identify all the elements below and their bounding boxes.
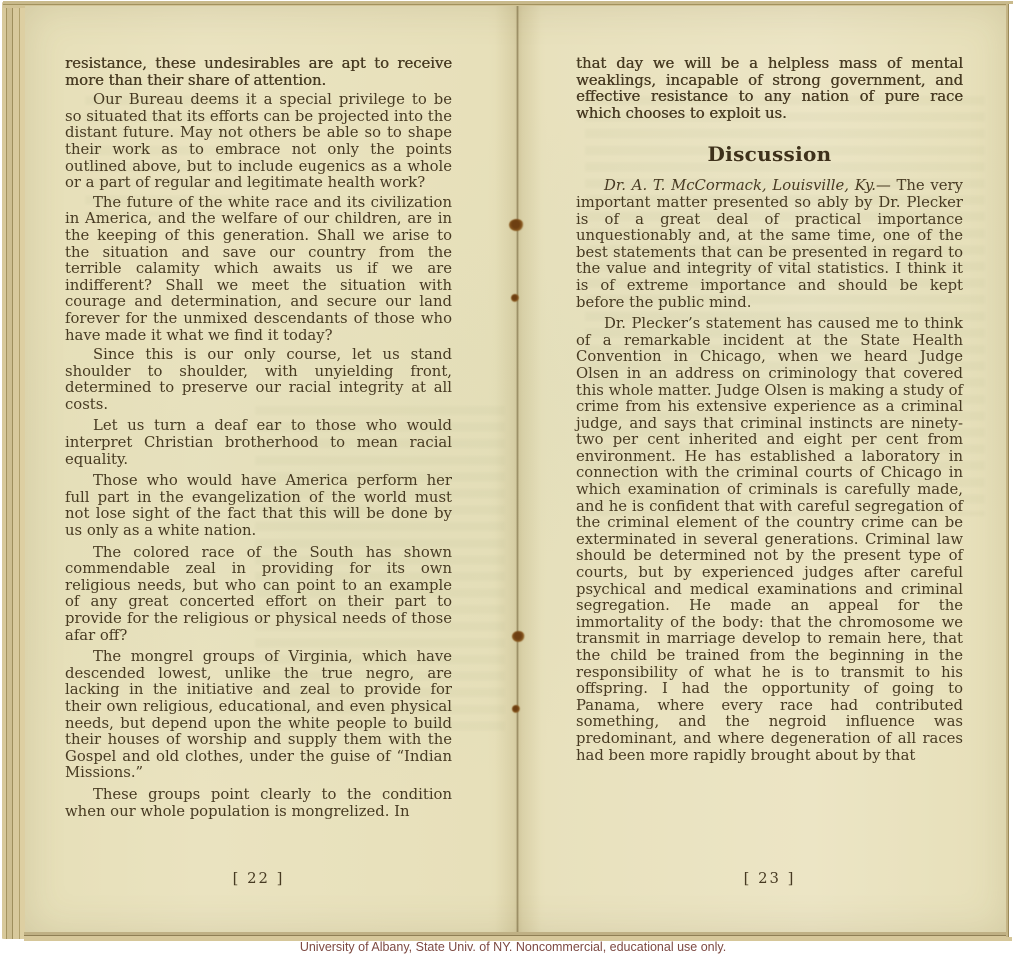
page-number: [ 23 ]: [576, 870, 963, 887]
page-number: [ 22 ]: [65, 870, 452, 887]
page-edge-left: [0, 2, 27, 939]
paragraph: Let us turn a deaf ear to those who woul…: [65, 418, 452, 468]
speaker-remarks: The very important matter presented so a…: [576, 177, 963, 310]
page-23-text-column: that day we will be a helpless mass of m…: [576, 56, 963, 767]
page-23: that day we will be a helpless mass of m…: [519, 6, 1009, 934]
paragraph: The future of the white race and its civ…: [65, 195, 452, 344]
paragraph: Dr. Plecker’s statement has caused me to…: [576, 316, 963, 764]
paragraph: The colored race of the South has shown …: [65, 545, 452, 645]
paragraph: Since this is our only course, let us st…: [65, 347, 452, 413]
page-22: resistance, these undesirables are apt t…: [25, 6, 516, 934]
paragraph: Dr. A. T. McCormack, Louisville, Ky.— Th…: [576, 178, 963, 311]
paragraph: that day we will be a helpless mass of m…: [576, 56, 963, 122]
paragraph: These groups point clearly to the condit…: [65, 787, 452, 820]
page-spread: resistance, these undesirables are apt t…: [25, 6, 1009, 934]
page-22-text-column: resistance, these undesirables are apt t…: [65, 56, 452, 823]
paragraph: Those who would have America perform her…: [65, 473, 452, 539]
section-heading: Discussion: [576, 143, 963, 165]
credit-line: University of Albany, State Univ. of NY.…: [0, 939, 1026, 956]
paragraph: resistance, these undesirables are apt t…: [65, 56, 452, 89]
speaker-attribution: Dr. A. T. McCormack, Louisville, Ky.—: [604, 177, 891, 194]
page-edge-right: [1006, 4, 1013, 937]
paragraph: The mongrel groups of Virginia, which ha…: [65, 649, 452, 782]
paragraph: Our Bureau deems it a special privilege …: [65, 92, 452, 192]
book-scan: resistance, these undesirables are apt t…: [0, 0, 1026, 956]
open-book: resistance, these undesirables are apt t…: [0, 0, 1013, 941]
